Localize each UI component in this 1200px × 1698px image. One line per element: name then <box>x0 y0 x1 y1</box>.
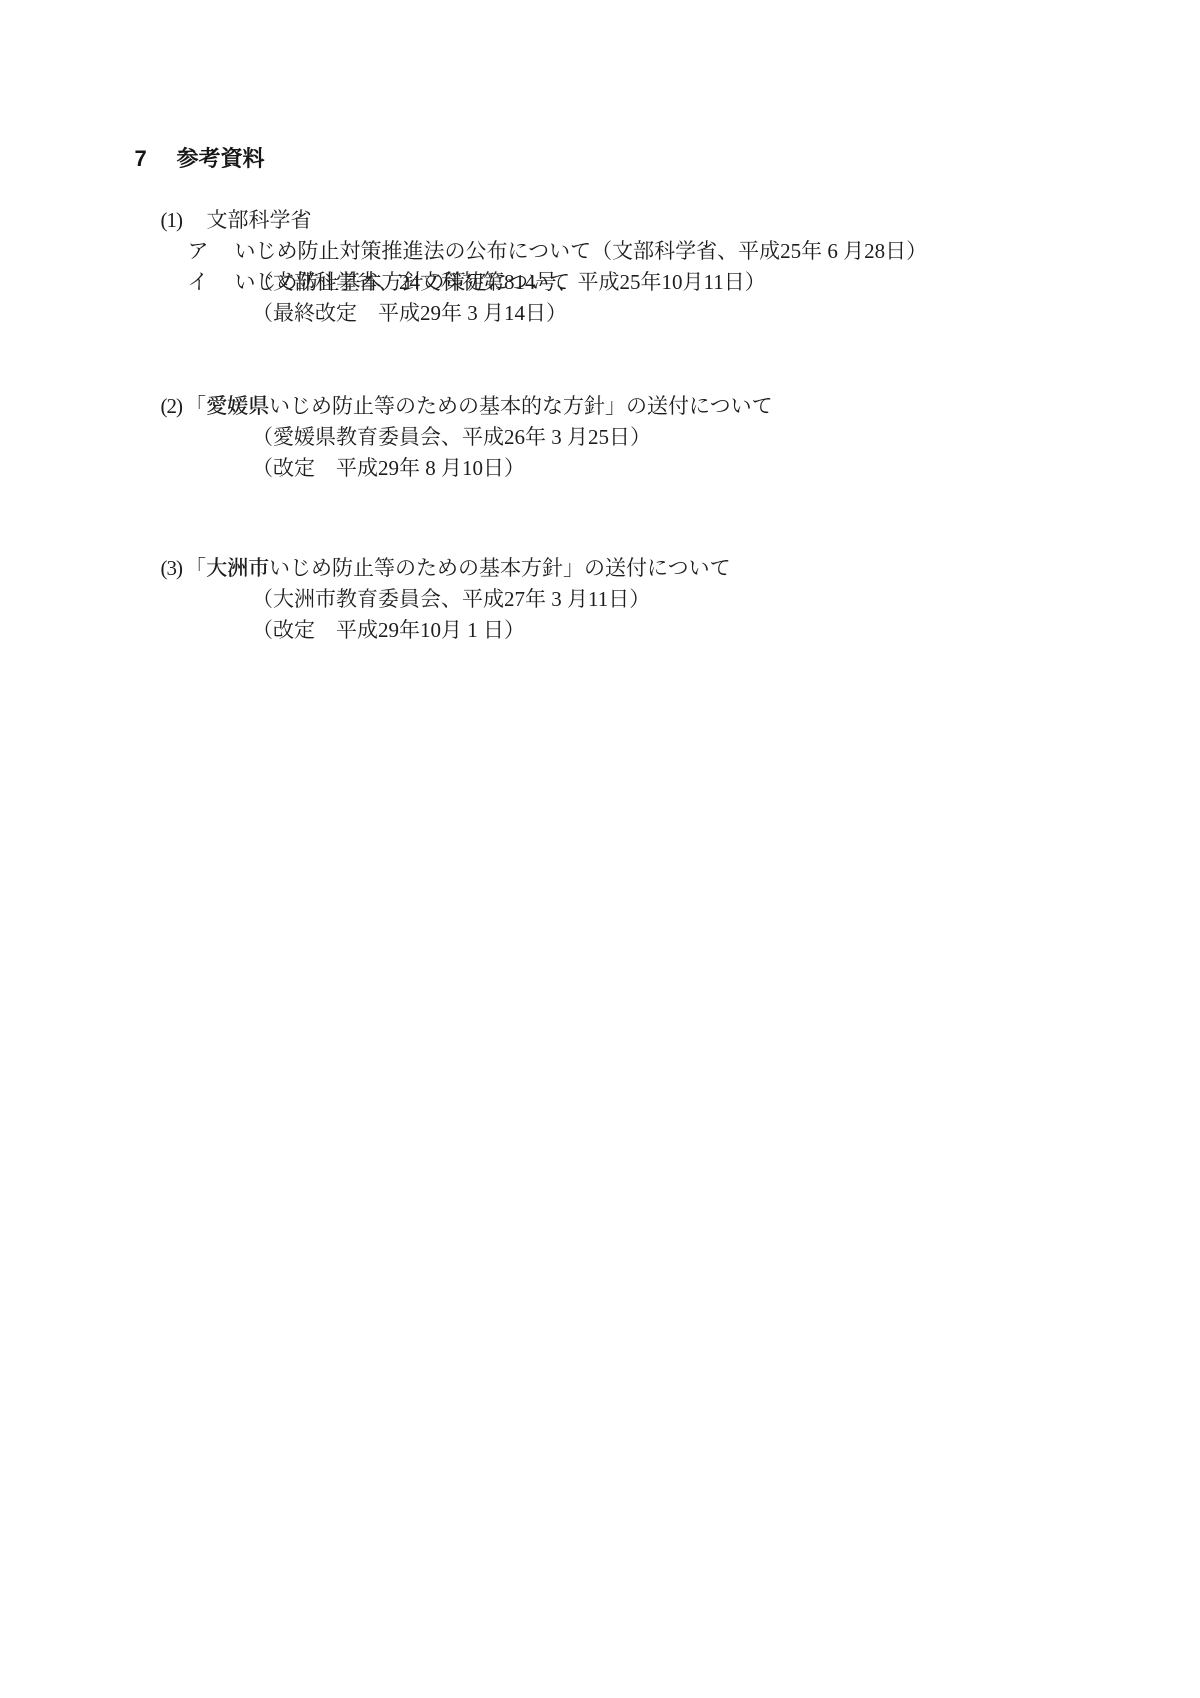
section-title: 文部科学省 <box>207 208 312 232</box>
detail-line: （改定 平成29年 8 月10日） <box>0 453 1200 484</box>
detail-line: （最終改定 平成29年 3 月14日） <box>0 298 1200 329</box>
section-mext: (1)文部科学省 アいじめ防止対策推進法の公布について（文部科学省、平成25年 … <box>0 174 1200 329</box>
section-header: (3)大洲市 <box>0 522 1200 553</box>
document-body: 7参考資料 (1)文部科学省 アいじめ防止対策推進法の公布について（文部科学省、… <box>0 112 1200 646</box>
detail-line: （大洲市教育委員会、平成27年 3 月11日） <box>0 584 1200 615</box>
section-number: (1) <box>161 205 207 236</box>
detail-line: （愛媛県教育委員会、平成26年 3 月25日） <box>0 422 1200 453</box>
heading-number: 7 <box>134 143 176 174</box>
list-item-label: ア <box>188 236 235 267</box>
list-item-text: いじめ防止対策推進法の公布について（文部科学省、平成25年 6 月28日） <box>235 239 928 263</box>
section-ozu: (3)大洲市 「大洲市いじめ防止等のための基本方針」の送付について （大洲市教育… <box>0 522 1200 646</box>
list-item-label: イ <box>188 267 235 298</box>
section-ehime: (2)愛媛県 「愛媛県いじめ防止等のための基本的な方針」の送付について （愛媛県… <box>0 360 1200 484</box>
document-page: { "document": { "heading": { "number": "… <box>0 0 1200 1698</box>
detail-line: （改定 平成29年10月 1 日） <box>0 615 1200 646</box>
section-header: (2)愛媛県 <box>0 360 1200 391</box>
section-header: (1)文部科学省 <box>0 174 1200 205</box>
page-title: 7参考資料 <box>0 112 1200 143</box>
heading-text: 参考資料 <box>176 146 264 171</box>
